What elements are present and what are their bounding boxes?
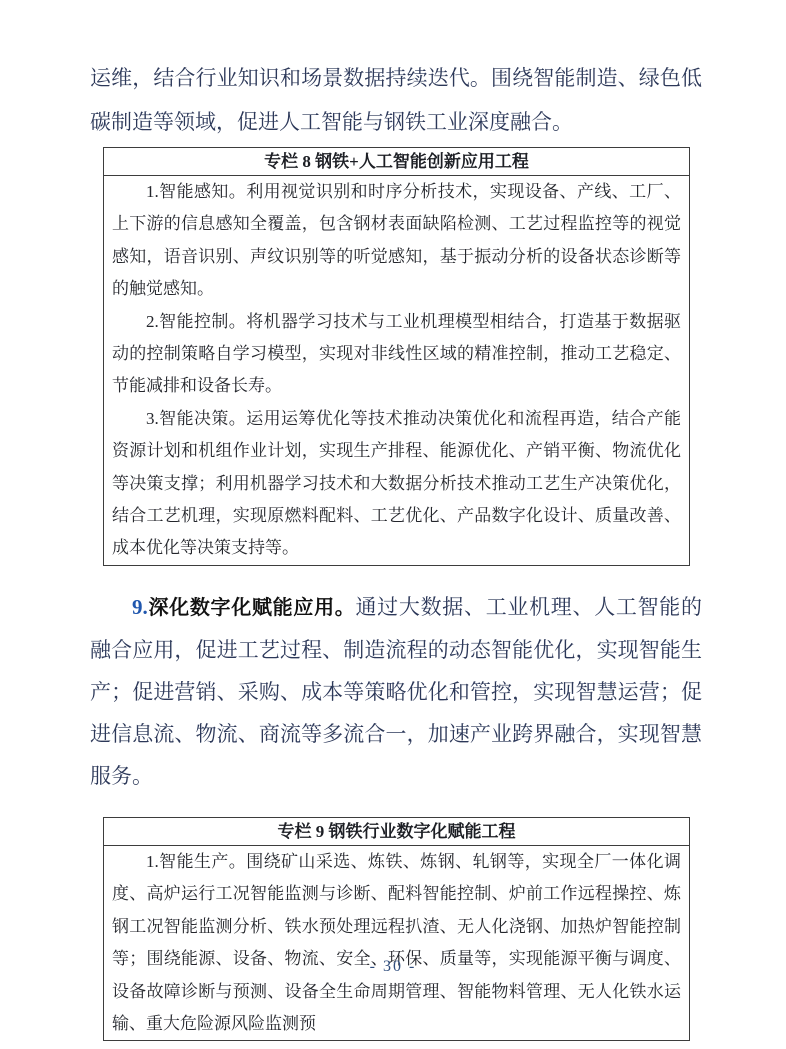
page-number: - 30 -	[0, 958, 786, 976]
column-box-8-body: 1.智能感知。利用视觉识别和时序分析技术，实现设备、产线、工厂、上下游的信息感知…	[104, 176, 689, 565]
box8-paragraph-1: 1.智能感知。利用视觉识别和时序分析技术，实现设备、产线、工厂、上下游的信息感知…	[112, 176, 681, 306]
box8-paragraph-3: 3.智能决策。运用运筹优化等技术推动决策优化和流程再造，结合产能资源计划和机组作…	[112, 403, 681, 565]
document-page: 运维，结合行业知识和场景数据持续迭代。围绕智能制造、绿色低碳制造等领域，促进人工…	[0, 0, 786, 1049]
box8-paragraph-2: 2.智能控制。将机器学习技术与工业机理模型相结合，打造基于数据驱动的控制策略自学…	[112, 306, 681, 403]
column-box-9-body: 1.智能生产。围绕矿山采选、炼铁、炼钢、轧钢等，实现全厂一体化调度、高炉运行工况…	[104, 846, 689, 1040]
column-box-8-title: 专栏 8 钢铁+人工智能创新应用工程	[104, 148, 689, 176]
section-9-body: 通过大数据、工业机理、人工智能的融合应用，促进工艺过程、制造流程的动态智能优化，…	[90, 595, 702, 788]
page-content: 运维，结合行业知识和场景数据持续迭代。围绕智能制造、绿色低碳制造等领域，促进人工…	[90, 56, 702, 1041]
section-9-paragraph: 9.深化数字化赋能应用。通过大数据、工业机理、人工智能的融合应用，促进工艺过程、…	[90, 586, 702, 797]
box9-paragraph-1: 1.智能生产。围绕矿山采选、炼铁、炼钢、轧钢等，实现全厂一体化调度、高炉运行工况…	[112, 846, 681, 1040]
column-box-8: 专栏 8 钢铁+人工智能创新应用工程 1.智能感知。利用视觉识别和时序分析技术，…	[103, 147, 690, 566]
section-9-number: 9.	[132, 595, 148, 619]
column-box-9-title: 专栏 9 钢铁行业数字化赋能工程	[104, 818, 689, 846]
section-9-heading: 深化数字化赋能应用。	[148, 597, 356, 619]
intro-paragraph: 运维，结合行业知识和场景数据持续迭代。围绕智能制造、绿色低碳制造等领域，促进人工…	[90, 56, 702, 144]
column-box-9: 专栏 9 钢铁行业数字化赋能工程 1.智能生产。围绕矿山采选、炼铁、炼钢、轧钢等…	[103, 817, 690, 1041]
